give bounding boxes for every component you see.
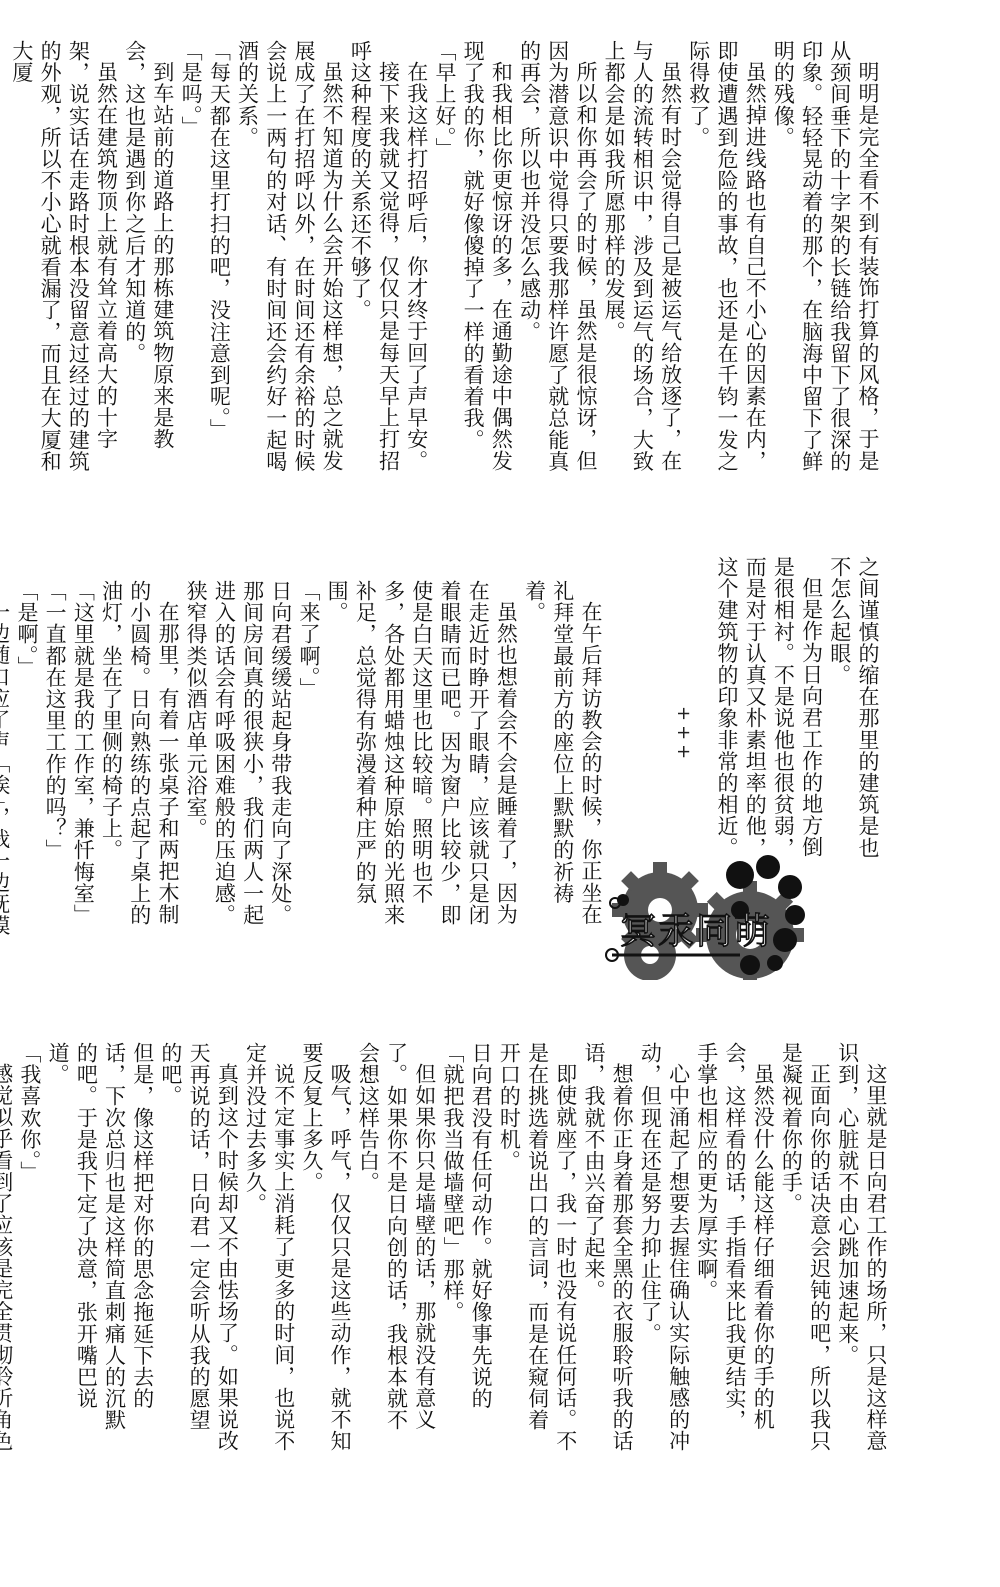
paragraph: 所以和你再会了的时候，虽然是很惊讶，但因为潜意识中觉得只要我那样许愿了就总能真的… (515, 40, 600, 480)
dialogue-line: 「这里就是我的工作室，兼忏悔室」 (69, 580, 97, 940)
dialogue-line: 「每天都在这里打扫的吧，没注意到呢。」 (205, 40, 233, 480)
paragraph: 接下来我就又觉得，仅仅只是每天早上打招呼这种程度的关系还不够了。 (346, 40, 402, 480)
paragraph: 虽然在建筑物顶上就有耸立着高大的十字架，说实话在走路时根本没留意过经过的建筑的外… (8, 40, 121, 480)
paragraph: 但如果你只是墙壁的话，那就没有意义了。如果你不是日向创的话，我根本就不会想这样告… (354, 1042, 439, 1452)
text-band-top: 明明是完全看不到有装饰打算的风格，于是从颈间垂下的十字架的长链给我留下了很深的印… (8, 40, 882, 480)
dialogue-line: 「是啊。」 (13, 580, 41, 940)
svg-text:冥汞同萌: 冥汞同萌 (620, 911, 772, 952)
paragraph: 吸气，呼气，仅仅只是这些动作，就不知要反复上多久。 (298, 1042, 354, 1452)
paragraph: 想着你正身着那套全黑的衣服聆听我的话语，我就不由兴奋了起来。 (580, 1042, 636, 1452)
paragraph: 明明是完全看不到有装饰打算的风格，于是从颈间垂下的十字架的长链给我留下了很深的印… (769, 40, 882, 480)
dialogue-line: 「一直都在这里工作的吗？」 (41, 580, 69, 940)
dialogue-line: 「早上好。」 (431, 40, 459, 480)
paragraph: 感觉似乎看到了应该是完全贯彻聆听角色的你，在一瞬间颤动了手指。 (0, 1042, 16, 1452)
paragraph: 虽然也想着会不会是睡着了，因为在走近时睁开了眼睛，应该就只是闭着眼睛而已吧。因为… (323, 580, 520, 940)
text-band-middle-left: 在午后拜访教会的时候，你正坐在礼拜堂最前方的座位上默默的祈祷着。 虽然也想着会不… (0, 580, 605, 940)
paragraph: 日向君没有任何动作。就好像事先说的「就把我当做墙壁吧」那样。 (439, 1042, 495, 1452)
gear-logo-icon: 冥汞同萌 (590, 855, 810, 980)
scene-separator: +++ (673, 706, 693, 763)
paragraph: 但是作为日向君工作的地方倒是很相衬。不是说他也很贫弱，而是对于认真又朴素坦率的他… (713, 556, 826, 876)
paragraph: 即使就座了，我一时也没有说任何话。不是在挑选着说出口的言词，而是在窥伺着开口的时… (495, 1042, 580, 1452)
paragraph: 之间谨慎的缩在那里的建筑是也不怎么起眼。 (826, 556, 882, 876)
dialogue-line: 「是吗。」 (177, 40, 205, 480)
paragraph: 虽然掉进线路也有自己不小心的因素在内，即使遭遇到危险的事故，也还是在千钧一发之际… (685, 40, 770, 480)
text-band-bottom: 这里就是日向君工作的场所，只是这样意识到，心脏就不由心跳加速起来。 正面向你的话… (0, 1042, 890, 1452)
paragraph: 虽然有时会觉得自己是被运气给放逐了，在与人的流转相识中，涉及到运气的场合，大致上… (600, 40, 685, 480)
text-band-middle-right: 之间谨慎的缩在那里的建筑是也不怎么起眼。 但是作为日向君工作的地方倒是很相衬。不… (713, 556, 882, 876)
paragraph: 真到这个时候却又不由怯场了。如果说改天再说的话，日向君一定会听从我的愿望的吧。 (157, 1042, 242, 1452)
paragraph: 在我这样打招呼后，你才终于回了声早安。 (403, 40, 431, 480)
paragraph: 但是，像这样把对你的思念拖延下去的话，下次总归也是这样简直刺痛人的沉默的吧。于是… (44, 1042, 157, 1452)
paragraph: 心中涌起了想要去握住确认实际触感的冲动，但现在还是努力抑止住了。 (636, 1042, 692, 1452)
paragraph: 虽然没什么能这样仔细看着你的手的机会，这样看的话，手指看来比我更结实，手掌也相应… (693, 1042, 778, 1452)
paragraph: 虽然不知道为什么会开始这样想，总之就发展成了在打招呼以外，在时间还有余裕的时候会… (233, 40, 346, 480)
paragraph: 到车站前的道路上的那栋建筑物原来是教会，这也是遇到你之后才知道的。 (121, 40, 177, 480)
paragraph: 日向君缓缓站起身带我走向了深处。那间房间真的很狭小，我们两人一起进入的话会有呼吸… (182, 580, 295, 940)
paragraph: 正面向你的话决意会迟钝的吧，所以我只是凝视着你的手。 (777, 1042, 833, 1452)
paragraph: 说不定事实上消耗了更多的时间，也说不定并没过去多久。 (241, 1042, 297, 1452)
dialogue-line: 「我喜欢你。」 (16, 1042, 44, 1452)
dialogue-line: 「来了啊。」 (295, 580, 323, 940)
paragraph: 一边随口应了声「诶」，我一边抚摸着桌子。这似乎也是木制的看来有点年份的东西。 (0, 580, 13, 940)
paragraph: 和我相比你更惊讶的多，在通勤途中偶然发现了我的你，就好像傻掉了一样的看着我。 (459, 40, 515, 480)
paragraph: 这里就是日向君工作的场所，只是这样意识到，心脏就不由心跳加速起来。 (834, 1042, 890, 1452)
paragraph: 在那里，有着一张桌子和两把木制的小圆椅。日向熟练的点起了桌上的油灯，坐在了里侧的… (97, 580, 182, 940)
